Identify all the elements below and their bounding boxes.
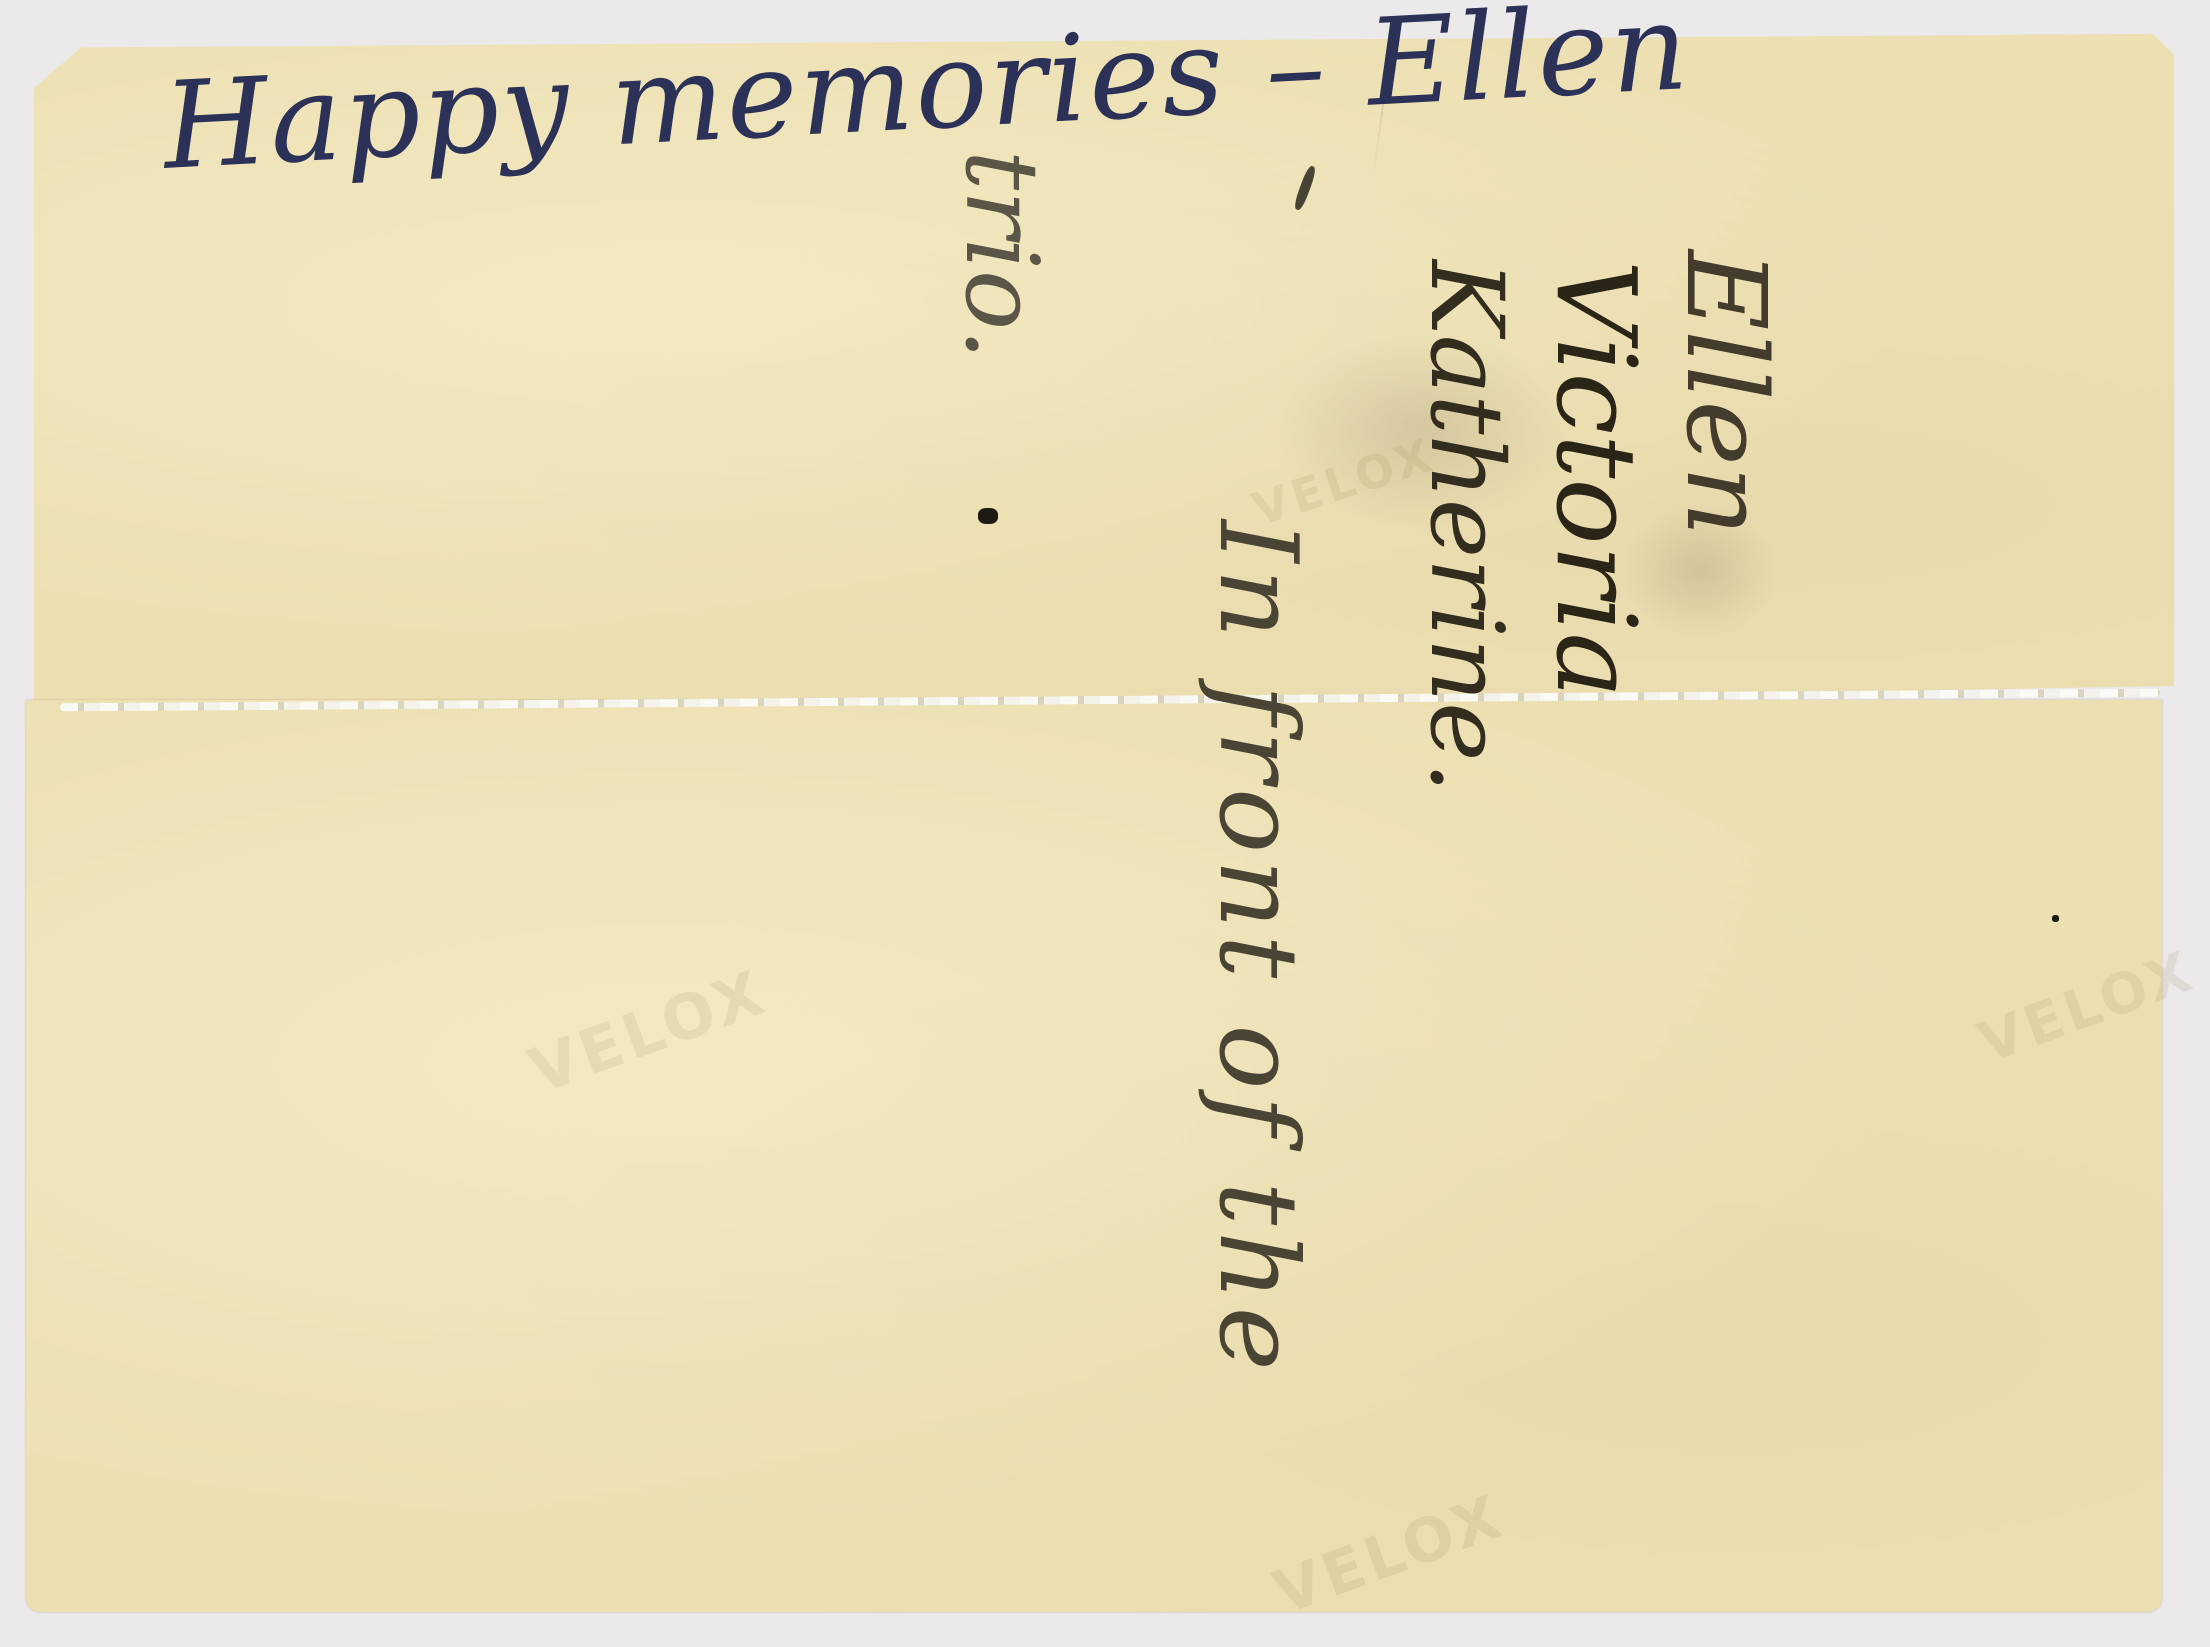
handwritten-name-victoria: Victoria — [1532, 260, 1660, 698]
handwritten-name-katherine: Katherine. — [1408, 260, 1525, 793]
handwritten-caption-line-2: trio. — [943, 150, 1060, 360]
photo-back-lower-piece — [26, 700, 2162, 1612]
handwritten-caption-line-1: In front of the — [1195, 520, 1320, 1377]
ink-dot — [2052, 915, 2059, 922]
ink-dot — [978, 508, 998, 524]
handwritten-name-ellen: Ellen — [1662, 250, 1790, 537]
